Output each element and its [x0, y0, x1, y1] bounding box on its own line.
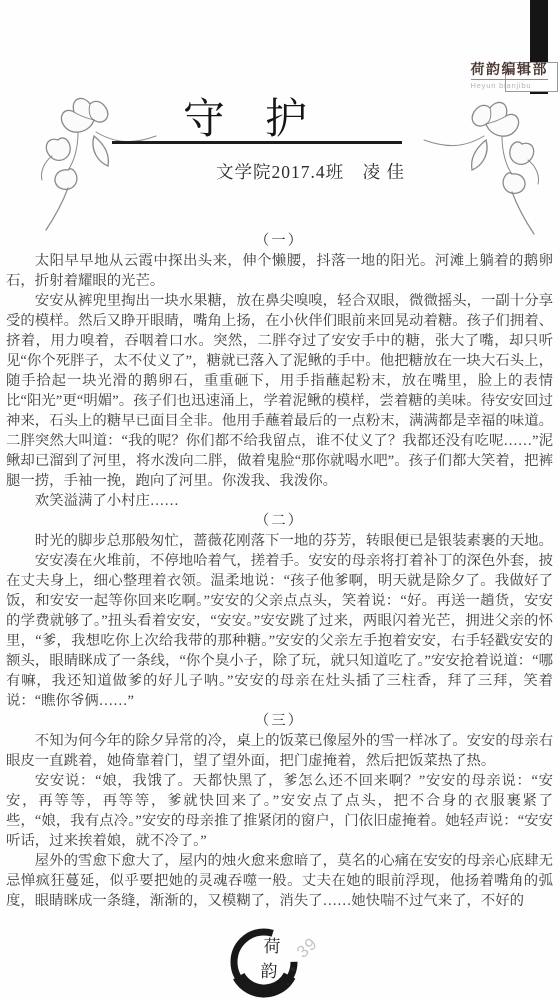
stamp-subtitle: Heyun bianjibu — [471, 81, 549, 90]
flower-sketch-icon — [38, 92, 158, 242]
logo-char-bottom: 韵 — [261, 962, 278, 981]
paragraph: 屋外的雪愈下愈大了，屋内的烛火愈来愈暗了，莫名的心痛在安安的母亲心底肆无忌惮疯狂… — [6, 851, 553, 911]
paragraph: 安安说：“娘，我饿了。天都快黑了，爹怎么还不回来啊？”安安的母亲说：“安安，再等… — [6, 771, 553, 851]
stamp-title: 荷韵编辑部 — [471, 63, 549, 78]
paragraph: 安安凑在火堆前，不停地哈着气，搓着手。安安的母亲将打着补丁的深色外套，披在丈夫身… — [6, 551, 553, 711]
section-marker: （三） — [6, 711, 553, 731]
section-marker: （一） — [6, 231, 553, 251]
logo-char-top: 荷 — [264, 937, 281, 956]
paragraph: 不知为何今年的除夕异常的冷，桌上的饭菜已像屋外的雪一样冰了。安安的母亲右眼皮一直… — [6, 731, 553, 771]
magazine-page: 荷韵编辑部 Heyun bianjibu — [0, 0, 560, 998]
flower-sketch-icon — [422, 96, 542, 246]
title-underline — [112, 141, 402, 144]
paragraph: 安安从裤兜里掏出一块水果糖，放在鼻尖嗅嗅，轻合双眼，微微摇头，一副十分享受的模样… — [6, 291, 553, 491]
page-title: 守护 — [183, 86, 347, 146]
stamp-divider — [471, 79, 549, 80]
section-marker: （二） — [6, 511, 553, 531]
editorial-stamp: 荷韵编辑部 Heyun bianjibu — [471, 63, 549, 90]
paragraph: 时光的脚步总那般匆忙，蔷薇花刚落下一地的芬芳，转眼便已是银装素裹的天地。 — [6, 531, 553, 551]
article-body: （一）太阳早早地从云霞中探出头来，伸个懒腰，抖落一地的阳光。河滩上躺着的鹅卵石，… — [6, 231, 553, 919]
paragraph: 太阳早早地从云霞中探出头来，伸个懒腰，抖落一地的阳光。河滩上躺着的鹅卵石，折射着… — [6, 251, 553, 291]
heyun-ink-logo: 荷 韵 — [226, 922, 310, 998]
paragraph: 欢笑溢满了小村庄…… — [6, 491, 553, 511]
byline: 文学院2017.4班 凌 佳 — [216, 159, 405, 184]
